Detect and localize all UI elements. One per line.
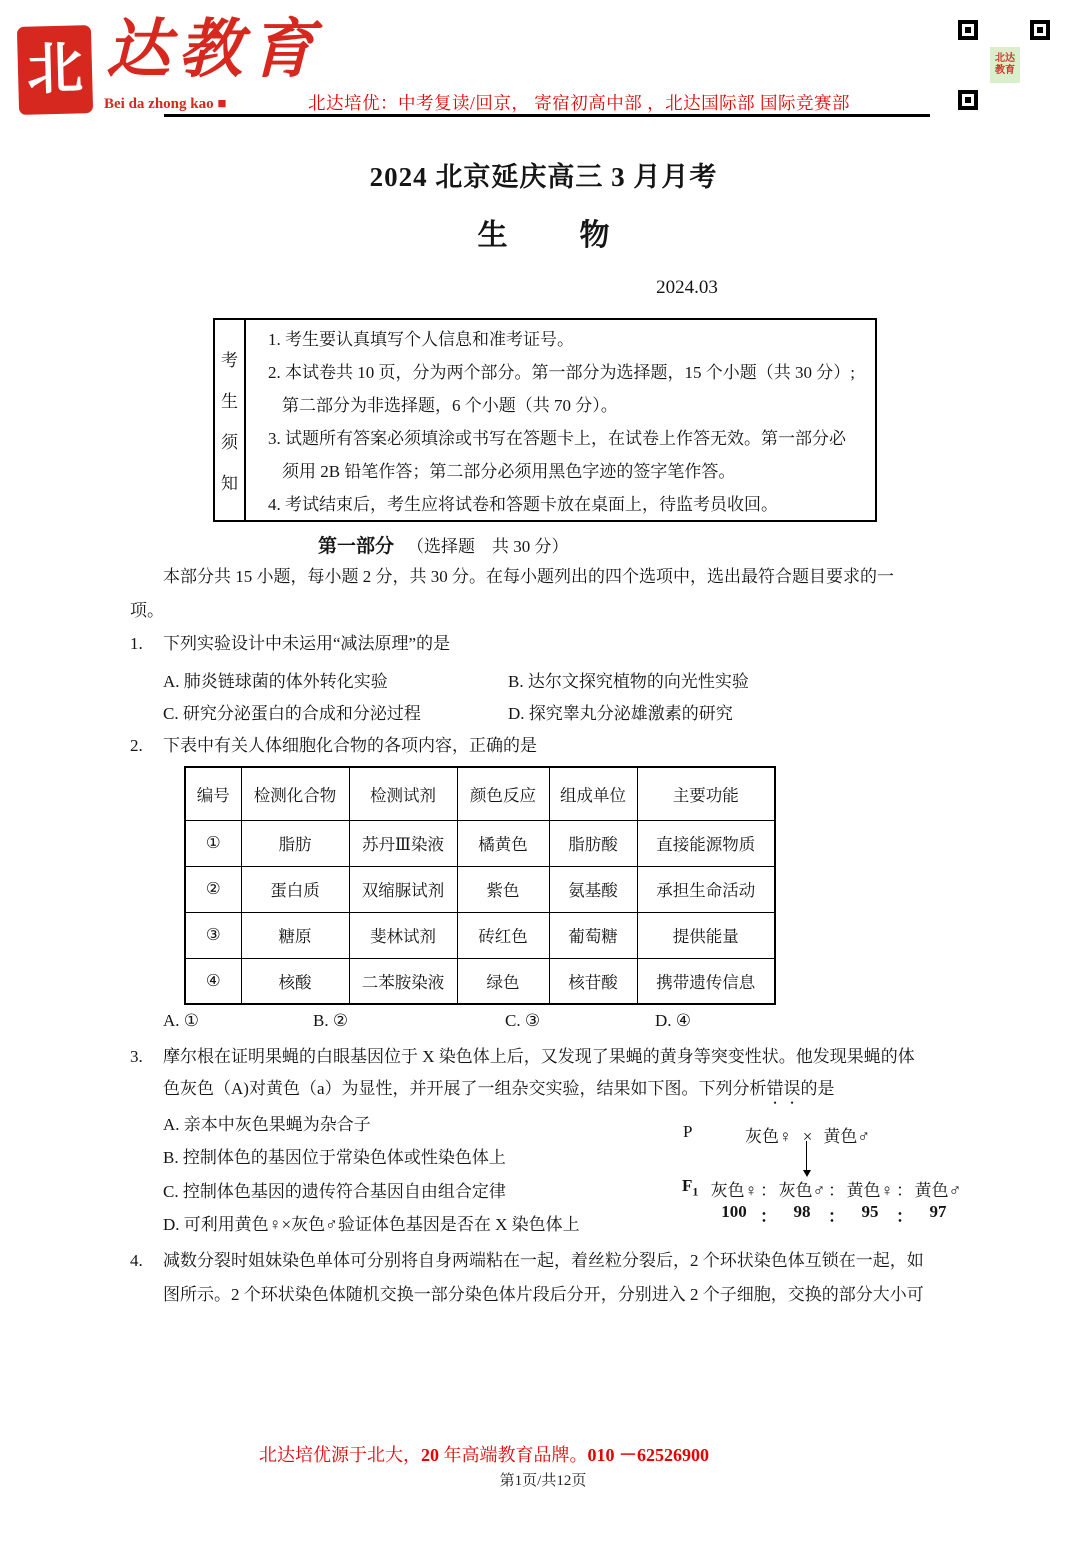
notice-box: 考 生 须 知 1. 考生要认真填写个人信息和准考证号。 2. 本试卷共 10 … xyxy=(213,318,877,522)
f1-phenotype-row: 灰色♀：灰色♂：黄色♀：黄色♂ xyxy=(708,1176,964,1201)
question-2-option-a: A. ① xyxy=(163,1010,199,1032)
subject-title: 生物 xyxy=(0,210,1087,254)
question-2-table: 编号 检测化合物 检测试剂 颜色反应 组成单位 主要功能 ① 脂肪 苏丹Ⅲ染液 … xyxy=(184,766,776,1005)
question-3-option-a: A. 亲本中灰色果蝇为杂合子 xyxy=(163,1114,371,1136)
question-2-stem: 2.下表中有关人体细胞化合物的各项内容，正确的是 xyxy=(130,735,537,757)
table-row: ② 蛋白质 双缩脲试剂 紫色 氨基酸 承担生命活动 xyxy=(185,866,775,912)
question-1-stem: 1.下列实验设计中未运用“减法原理”的是 xyxy=(130,633,450,655)
question-3-option-c: C. 控制体色基因的遗传符合基因自由组合定律 xyxy=(163,1181,506,1203)
table-row: ① 脂肪 苏丹Ⅲ染液 橘黄色 脂肪酸 直接能源物质 xyxy=(185,820,775,866)
question-1-option-a: A. 肺炎链球菌的体外转化实验 xyxy=(163,671,388,693)
notice-box-label: 考 生 须 知 xyxy=(215,320,246,520)
qr-center-label: 北达 教育 xyxy=(991,48,1019,82)
question-2-option-c: C. ③ xyxy=(505,1010,540,1032)
down-arrow-icon xyxy=(806,1141,807,1171)
question-2-option-b: B. ② xyxy=(313,1010,348,1032)
exam-date: 2024.03 xyxy=(656,277,718,299)
question-3-stem-line1: 3.摩尔根在证明果蝇的白眼基因位于 X 染色体上后，又发现了果蝇的黄身等突变性状… xyxy=(130,1046,915,1068)
part1-intro-line1: 本部分共 15 小题，每小题 2 分，共 30 分。在每小题列出的四个选项中，选… xyxy=(163,566,894,588)
page-title: 2024 北京延庆高三 3 月月考 xyxy=(0,155,1087,194)
notice-line: 3. 试题所有答案必须填涂或书写在答题卡上，在试卷上作答无效。第一部分必 xyxy=(268,422,867,455)
question-1-option-d: D. 探究睾丸分泌雄激素的研究 xyxy=(508,703,733,725)
question-3-option-d: D. 可利用黄色♀×灰色♂验证体色基因是否在 X 染色体上 xyxy=(163,1214,580,1236)
table-row: ④ 核酸 二苯胺染液 绿色 核苷酸 携带遗传信息 xyxy=(185,958,775,1004)
question-2-option-d: D. ④ xyxy=(655,1010,691,1032)
exam-page: 北 达教育 Bei da zhong kao ■ 北达培优：中考复读/回京， 寄… xyxy=(0,0,1087,1559)
notice-items: 1. 考生要认真填写个人信息和准考证号。 2. 本试卷共 10 页，分为两个部分… xyxy=(246,320,875,520)
question-4-stem-line1: 4.减数分裂时姐妹染色单体可分别将自身两端粘在一起，着丝粒分裂后，2 个环状染色… xyxy=(130,1250,924,1272)
question-1-option-b: B. 达尔文探究植物的向光性实验 xyxy=(508,671,749,693)
table-header-row: 编号 检测化合物 检测试剂 颜色反应 组成单位 主要功能 xyxy=(185,767,775,820)
page-number: 第1页/共12页 xyxy=(500,1469,587,1490)
part1-heading: 第一部分（选择题 共 30 分） xyxy=(318,531,569,558)
brand-stamp-logo: 北 xyxy=(17,25,93,115)
qr-finder-icon xyxy=(958,90,978,110)
question-4-stem-line2: 图所示。2 个环状染色体随机交换一部分染色体片段后分开，分别进入 2 个子细胞，… xyxy=(163,1284,924,1306)
stamp-character: 北 xyxy=(26,41,83,98)
notice-line: 2. 本试卷共 10 页，分为两个部分。第一部分为选择题，15 个小题（共 30… xyxy=(268,356,867,389)
qr-finder-icon xyxy=(1030,20,1050,40)
parent-cross-text: 灰色♀×黄色♂ xyxy=(745,1122,870,1147)
brand-subtext: Bei da zhong kao ■ xyxy=(104,96,226,113)
footer-brand-line: 北达培优源于北大，20 年高端教育品牌。010 －62526900 xyxy=(259,1441,709,1467)
f1-generation-label: F1 xyxy=(682,1176,698,1199)
question-3-option-b: B. 控制体色的基因位于常染色体或性染色体上 xyxy=(163,1147,506,1169)
f1-ratio-row: 100：98：95：97 xyxy=(708,1202,964,1227)
notice-line: 第二部分为非选择题，6 个小题（共 70 分）。 xyxy=(268,389,867,422)
part1-intro-line2: 项。 xyxy=(130,600,164,622)
notice-line: 4. 考试结束后，考生应将试卷和答题卡放在桌面上，待监考员收回。 xyxy=(268,488,867,521)
notice-line: 1. 考生要认真填写个人信息和准考证号。 xyxy=(268,323,867,356)
parent-generation-label: P xyxy=(683,1122,692,1142)
qr-finder-icon xyxy=(958,20,978,40)
question-3-cross-diagram: P 灰色♀×黄色♂ F1 灰色♀：灰色♂：黄色♀：黄色♂ 100：98：95：9… xyxy=(678,1120,978,1230)
question-1-option-c: C. 研究分泌蛋白的合成和分泌过程 xyxy=(163,703,421,725)
brand-tagline: 北达培优：中考复读/回京， 寄宿初高中部 ，北达国际部 国际竞赛部 xyxy=(308,90,850,115)
notice-line: 须用 2B 铅笔作答；第二部分必须用黑色字迹的签字笔作答。 xyxy=(268,455,867,488)
table-row: ③ 糖原 斐林试剂 砖红色 葡萄糖 提供能量 xyxy=(185,912,775,958)
qr-code: 北达 教育 xyxy=(958,20,1050,110)
header-divider xyxy=(164,114,930,117)
brand-script-text: 达教育 xyxy=(106,18,322,82)
question-3-stem-line2: 色灰色（A)对黄色（a）为显性，并开展了一组杂交实验，结果如下图。下列分析错误的… xyxy=(163,1078,834,1108)
